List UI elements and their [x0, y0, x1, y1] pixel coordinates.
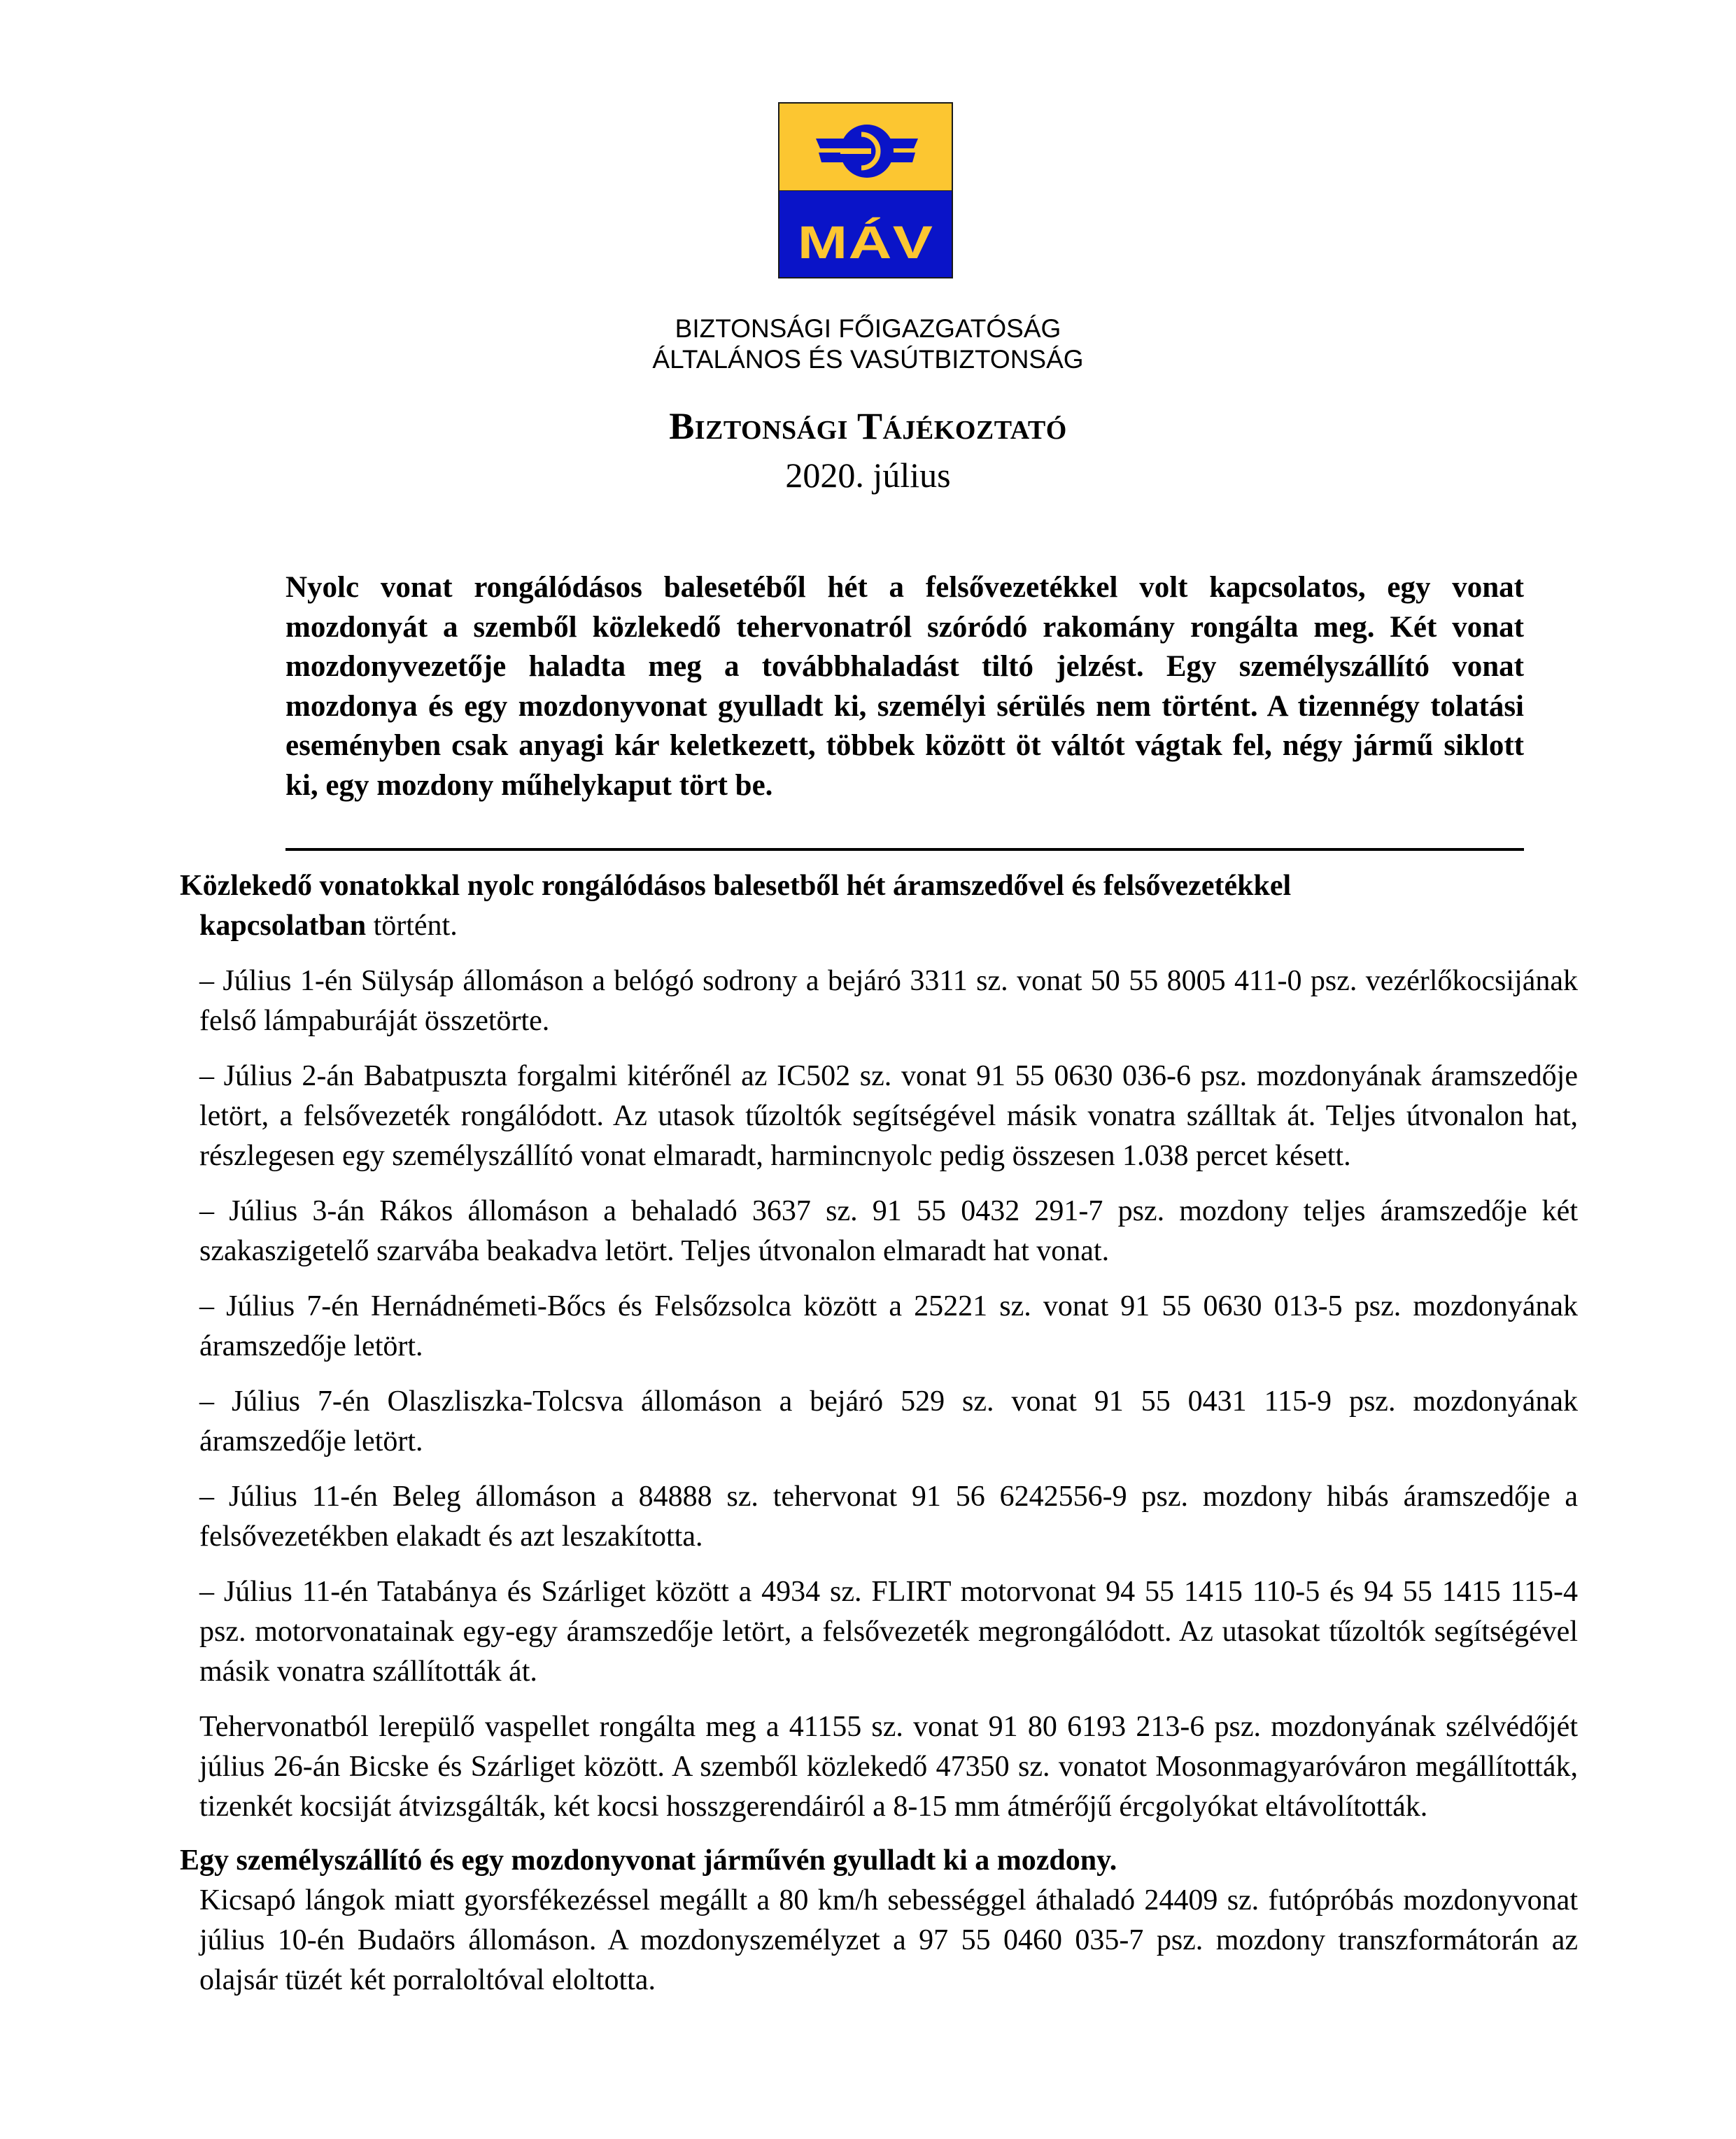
document-date: 2020. július	[0, 455, 1736, 495]
org-line-1: BIZTONSÁGI FŐIGAZGATÓSÁG	[0, 313, 1736, 344]
incident-item: – Július 3-án Rákos állomáson a behaladó…	[199, 1192, 1578, 1271]
incident-text: – Július 11-én Beleg állomáson a 84888 s…	[199, 1477, 1578, 1557]
section-heading-continuation: kapcsolatban történt.	[180, 906, 1578, 946]
incident-item: – Július 7-én Olaszliszka-Tolcsva állomá…	[199, 1382, 1578, 1462]
incident-text: – Július 7-én Olaszliszka-Tolcsva állomá…	[199, 1382, 1578, 1462]
incident-text: – Július 3-án Rákos állomáson a behaladó…	[199, 1192, 1578, 1271]
incident-item: – Július 1-én Sülysáp állomáson a belógó…	[199, 961, 1578, 1041]
incident-text: – Július 1-én Sülysáp állomáson a belógó…	[199, 961, 1578, 1041]
incident-text: – Július 7-én Hernádnémeti-Bőcs és Felső…	[199, 1287, 1578, 1367]
report-body: Közlekedő vonatokkal nyolc rongálódásos …	[180, 866, 1578, 2000]
divider-line	[285, 848, 1524, 851]
section-heading: Közlekedő vonatokkal nyolc rongálódásos …	[180, 866, 1578, 946]
section-heading-bold-cont: kapcsolatban	[199, 910, 366, 942]
incident-item: – Július 11-én Beleg állomáson a 84888 s…	[199, 1477, 1578, 1557]
incident-item: – Július 2-án Babatpuszta forgalmi kitér…	[199, 1057, 1578, 1176]
incident-text: – Július 11-én Tatabánya és Szárliget kö…	[199, 1572, 1578, 1692]
summary-paragraph: Nyolc vonat rongálódásos balesetéből hét…	[285, 568, 1524, 806]
section-heading-normal: történt.	[366, 910, 458, 942]
organization-header: BIZTONSÁGI FŐIGAZGATÓSÁG ÁLTALÁNOS ÉS VA…	[0, 313, 1736, 375]
incident-item: – Július 11-én Tatabánya és Szárliget kö…	[199, 1572, 1578, 1692]
incident-item: Kicsapó lángok miatt gyorsfékezéssel meg…	[199, 1881, 1578, 2000]
document-title: Biztonsági Tájékoztató	[0, 404, 1736, 448]
incident-item: Tehervonatból lerepülő vaspellet rongált…	[199, 1707, 1578, 1827]
section-vehicle-fire: Egy személyszállító és egy mozdonyvonat …	[180, 1841, 1578, 2000]
section-heading: Egy személyszállító és egy mozdonyvonat …	[180, 1841, 1578, 1881]
logo-brand-text: MÁV	[778, 216, 953, 269]
section-heading-bold: Közlekedő vonatokkal nyolc rongálódásos …	[180, 870, 1291, 902]
mav-logo: MÁV	[778, 102, 953, 278]
section-overhead-line-incidents: Közlekedő vonatokkal nyolc rongálódásos …	[180, 866, 1578, 1827]
incident-text: – Július 2-án Babatpuszta forgalmi kitér…	[199, 1057, 1578, 1176]
org-line-2: ÁLTALÁNOS ÉS VASÚTBIZTONSÁG	[0, 344, 1736, 375]
incident-text: Kicsapó lángok miatt gyorsfékezéssel meg…	[199, 1881, 1578, 2000]
incident-item: – Július 7-én Hernádnémeti-Bőcs és Felső…	[199, 1287, 1578, 1367]
incident-text: Tehervonatból lerepülő vaspellet rongált…	[199, 1707, 1578, 1827]
